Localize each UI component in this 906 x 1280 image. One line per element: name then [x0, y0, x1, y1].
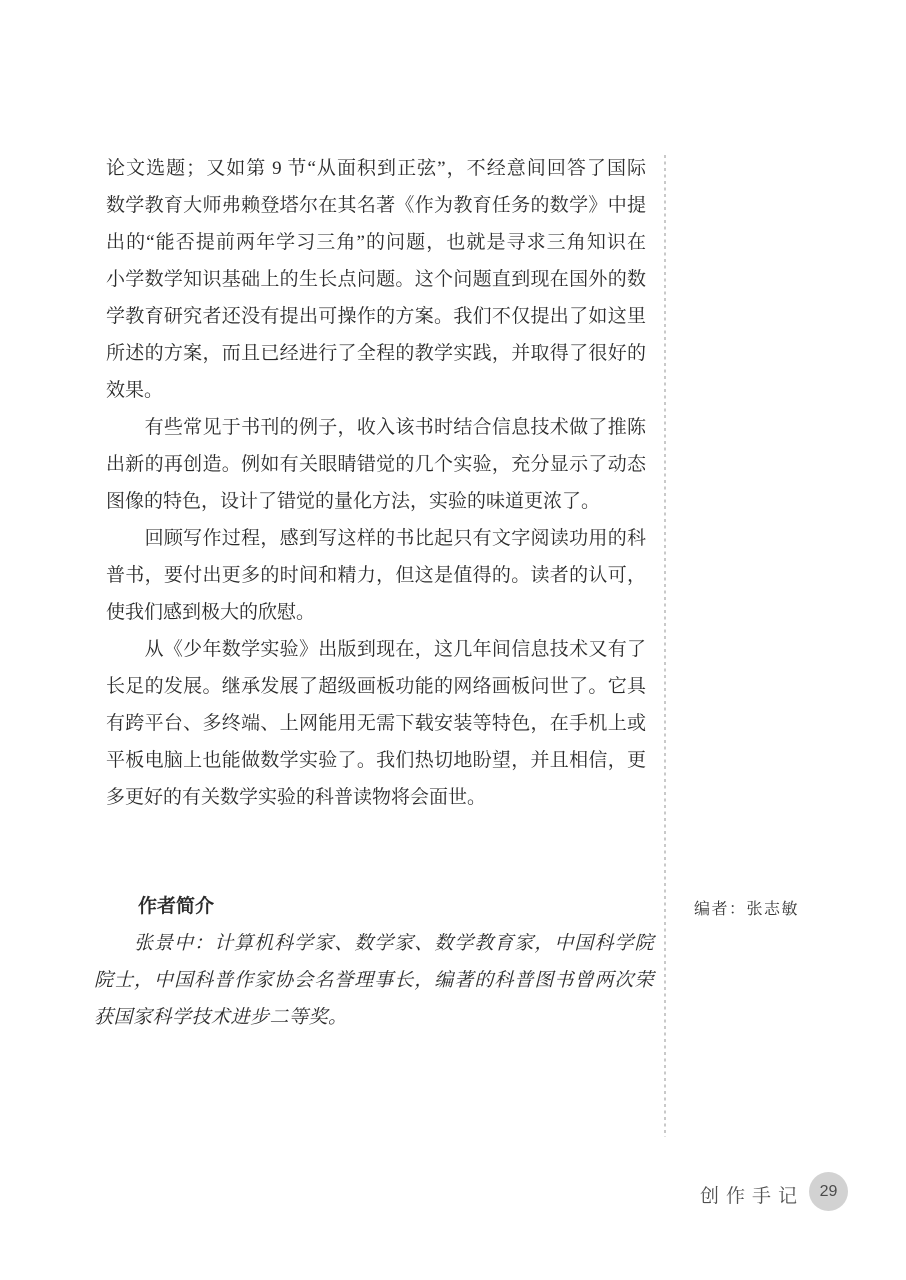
text-line: 数学教育大师弗赖登塔尔在其名著《作为教育任务的数学》中提: [106, 187, 646, 224]
text-line: 长足的发展。继承发展了超级画板功能的网络画板问世了。它具: [106, 668, 646, 705]
text-line: 普书，要付出更多的时间和精力，但这是值得的。读者的认可，: [106, 557, 646, 594]
text-line: 张景中：计算机科学家、数学家、数学教育家，中国科学院: [94, 925, 654, 962]
text-line: 论文选题；又如第 9 节“从面积到正弦”，不经意间回答了国际: [106, 150, 646, 187]
text-line: 学教育研究者还没有提出可操作的方案。我们不仅提出了如这里: [106, 298, 646, 335]
book-page: 论文选题；又如第 9 节“从面积到正弦”，不经意间回答了国际数学教育大师弗赖登塔…: [0, 0, 906, 1280]
text-line: 获国家科学技术进步二等奖。: [94, 999, 654, 1036]
text-line: 小学数学知识基础上的生长点问题。这个问题直到现在国外的数: [106, 261, 646, 298]
text-line: 图像的特色，设计了错觉的量化方法，实验的味道更浓了。: [106, 483, 646, 520]
column-divider: [664, 155, 666, 1137]
text-line: 多更好的有关数学实验的科普读物将会面世。: [106, 779, 646, 816]
page-number-badge: 29: [809, 1172, 848, 1211]
text-line: 有跨平台、多终端、上网能用无需下载安装等特色，在手机上或: [106, 705, 646, 742]
text-line: 回顾写作过程，感到写这样的书比起只有文字阅读功用的科: [106, 520, 646, 557]
paragraph: 论文选题；又如第 9 节“从面积到正弦”，不经意间回答了国际数学教育大师弗赖登塔…: [106, 150, 646, 409]
author-bio: 张景中：计算机科学家、数学家、数学教育家，中国科学院院士，中国科普作家协会名誉理…: [94, 925, 654, 1036]
author-section-heading: 作者简介: [106, 888, 646, 925]
main-text-column: 论文选题；又如第 9 节“从面积到正弦”，不经意间回答了国际数学教育大师弗赖登塔…: [106, 150, 646, 1036]
paragraph: 有些常见于书刊的例子，收入该书时结合信息技术做了推陈出新的再创造。例如有关眼睛错…: [106, 409, 646, 520]
text-line: 使我们感到极大的欣慰。: [106, 594, 646, 631]
footer-section-label: 创作手记: [700, 1181, 804, 1208]
text-line: 效果。: [106, 372, 646, 409]
text-line: 从《少年数学实验》出版到现在，这几年间信息技术又有了: [106, 631, 646, 668]
paragraph: 回顾写作过程，感到写这样的书比起只有文字阅读功用的科普书，要付出更多的时间和精力…: [106, 520, 646, 631]
text-line: 出新的再创造。例如有关眼睛错觉的几个实验，充分显示了动态: [106, 446, 646, 483]
text-line: 平板电脑上也能做数学实验了。我们热切地盼望，并且相信，更: [106, 742, 646, 779]
text-line: 所述的方案，而且已经进行了全程的教学实践，并取得了很好的: [106, 335, 646, 372]
paragraph: 从《少年数学实验》出版到现在，这几年间信息技术又有了长足的发展。继承发展了超级画…: [106, 631, 646, 816]
text-line: 出的“能否提前两年学习三角”的问题，也就是寻求三角知识在: [106, 224, 646, 261]
text-line: 院士，中国科普作家协会名誉理事长，编著的科普图书曾两次荣: [94, 962, 654, 999]
margin-note-editor: 编者：张志敏: [694, 896, 799, 919]
text-line: 有些常见于书刊的例子，收入该书时结合信息技术做了推陈: [106, 409, 646, 446]
page-number: 29: [820, 1183, 838, 1201]
